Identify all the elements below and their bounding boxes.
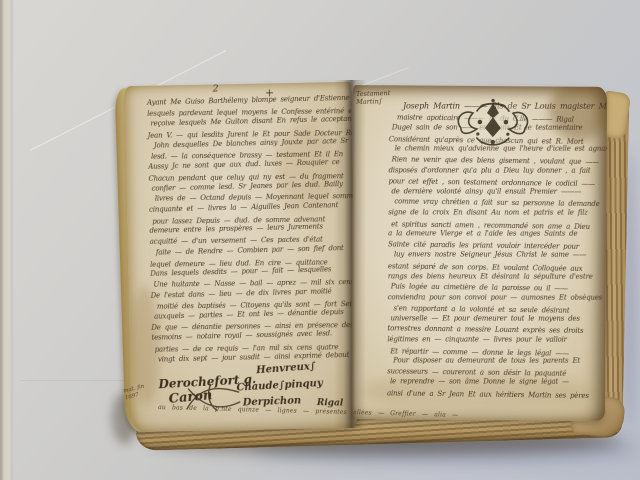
manuscript-line: conviendra pour son convoi pour — aumosn… [388,292,602,303]
manuscript-line: de dernière volonté ainsy qu'il ensuit P… [391,186,602,197]
table-edge [0,0,14,480]
signature-rigal: Rigal [317,398,344,408]
manuscript-line: rangs des biens heureux Et désirant la s… [388,271,602,282]
manuscript-line: luy envers nostre Seigneur Jésus Christ … [394,250,602,261]
folio-mark: 2 [213,84,219,94]
manuscript-line: ainsi d'une a Sr Jean Et aux héritiers M… [387,388,601,401]
right-page: Testament Martin∫ Joseph Martin ——— fils… [351,85,607,421]
photograph-open-manuscript: 2 + Ayant Me Guiso Barthélemy blompe sei… [0,0,640,480]
signature-henvreux: Henvreux∫ [256,361,316,376]
crowned-fleur-de-lis-stamp-icon [451,98,535,149]
left-page: 2 + Ayant Me Guiso Barthélemy blompe sei… [125,82,358,432]
manuscript-line: a la demeure Vierge et a l'aide les ange… [388,228,602,239]
left-page-text: Ayant Me Guiso Barthélemy blompe seigneu… [147,94,354,365]
manuscript-line: légitimes en — cinquante — livres pour l… [387,334,601,345]
manuscript-line: le reprendre — son âme Donne le signe lé… [390,377,601,388]
manuscript-line: Pour disposer au demeurant de tous les p… [393,356,601,367]
manuscript-line: universelle — Et pour demeurer tout le m… [391,313,602,324]
manuscript-line: signe de la croix En disant Au nom et pa… [388,207,602,218]
manuscript-line: disposés d'ordonner qu'a plu a Dieu luy … [389,165,603,176]
